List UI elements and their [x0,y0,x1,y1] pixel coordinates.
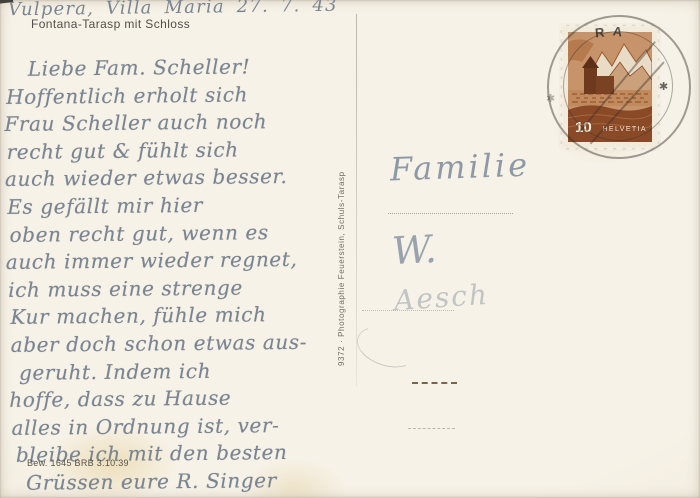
message-line: ich muss eine strenge [8,273,378,304]
message-line: Es gefällt mir hier [7,190,377,221]
address-line-1: Familie [389,146,530,189]
printed-caption: Fontana-Tarasp mit Schloss [31,17,190,31]
postcard-back: Vulpera, Villa Maria 27. 7. 43 Fontana-T… [0,0,700,498]
postmark-star-icon: ✱ [546,92,555,105]
message-line: Liebe Fam. Scheller! [28,52,376,83]
message-line: aber doch schon etwas aus- [11,328,379,359]
handwritten-message: Liebe Fam. Scheller! Hoffentlich erholt … [4,52,381,497]
address-dotted-line [388,213,513,214]
postmark-letter: R [594,25,605,41]
address-line-3-faded: Aesch [393,278,490,318]
address-dotted-line [412,382,457,384]
message-line: auch wieder etwas besser. [5,162,377,193]
address-divider-line [356,14,357,386]
address-dotted-line [408,428,455,429]
message-line: Hoffentlich erholt sich [6,80,376,111]
censor-imprint: Bew. 1645 BRB 3.10.39 [27,458,129,468]
message-line: Kur machen, fühle mich [10,300,378,331]
message-line: geruht. Indem ich [19,356,379,387]
message-line: oben recht gut, wenn es [9,218,377,249]
postmark-star-icon: ✱ [659,80,668,93]
address-line-2: W. [391,227,438,273]
message-line: recht gut & fühlt sich [7,135,377,166]
message-line: Frau Scheller auch noch [4,107,376,138]
publisher-imprint: 9372 · Photographie Feuerstein, Schuls-T… [337,106,346,366]
message-line: Grüssen eure R. Singer [26,466,380,497]
message-line: hoffe, dass zu Hause [9,383,379,414]
address-dotted-line [362,310,454,311]
message-line: auch immer wieder regnet, [6,245,378,276]
message-line: alles in Ordnung ist, ver- [11,411,379,442]
